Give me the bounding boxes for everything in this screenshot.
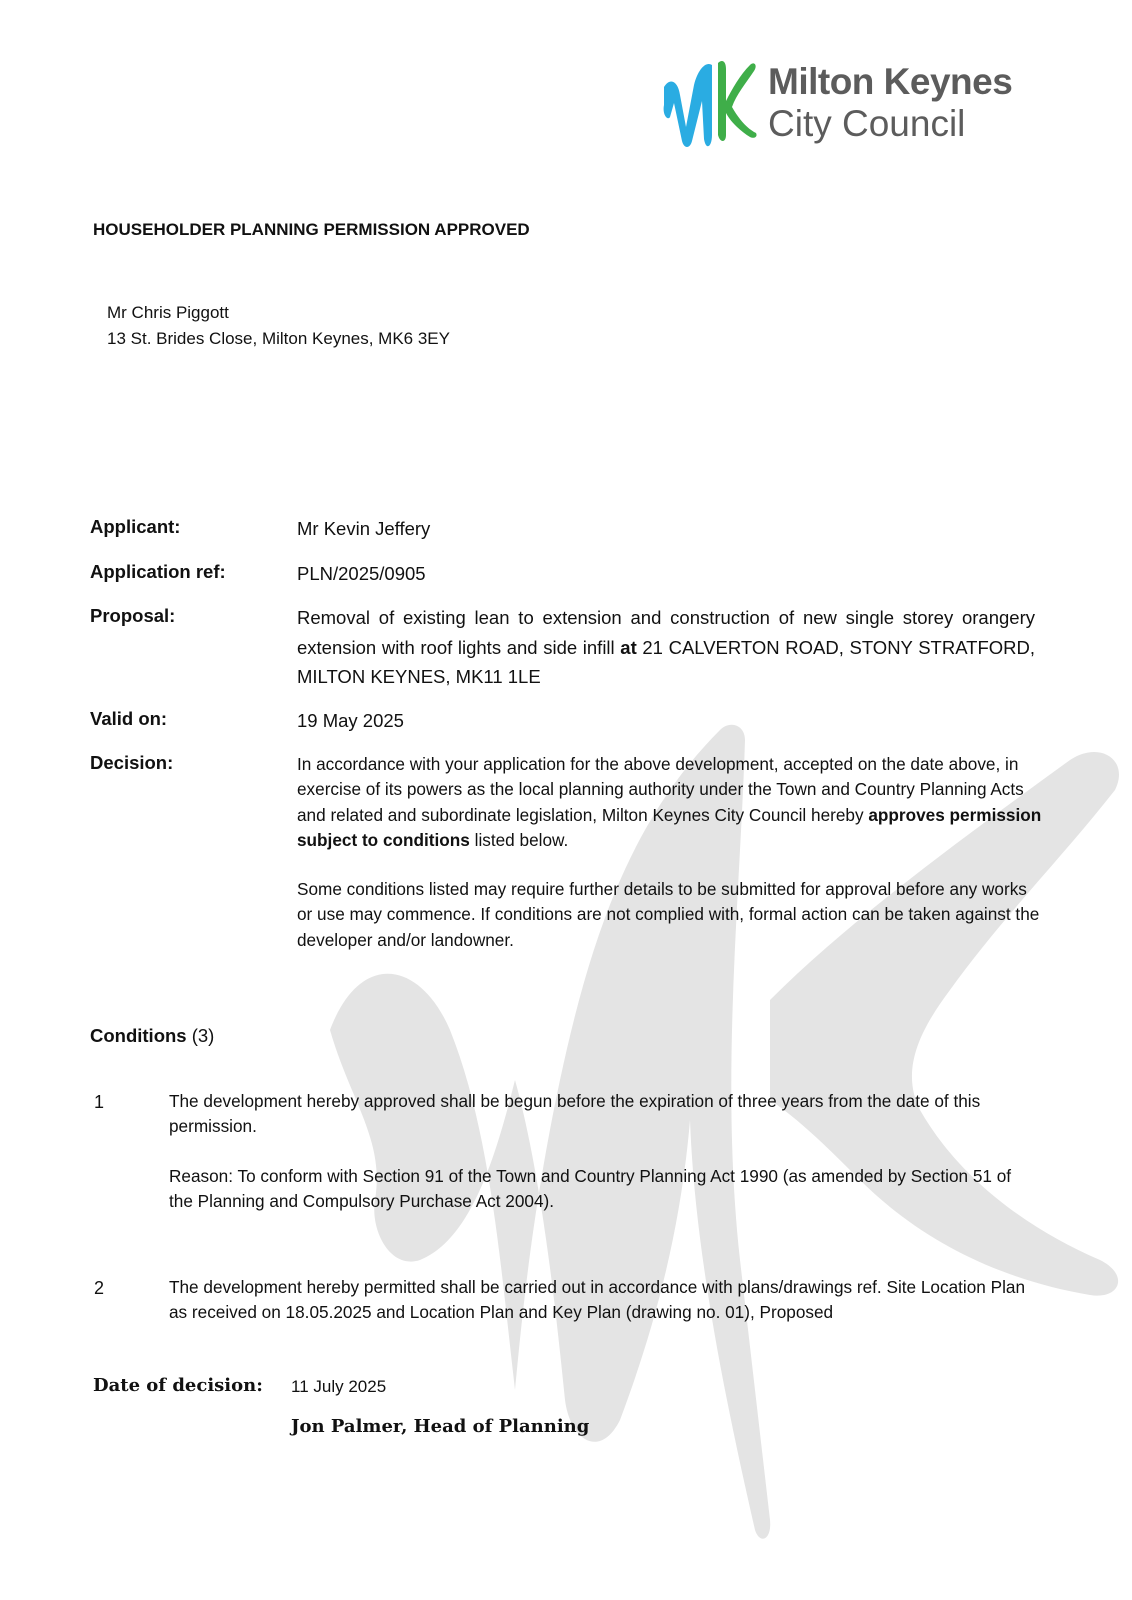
application-ref-value: PLN/2025/0905 xyxy=(297,559,1035,589)
condition-item: The development hereby approved shall be… xyxy=(169,1089,1039,1238)
conditions-heading-text: Conditions xyxy=(90,1025,187,1046)
addressee-address: 13 St. Brides Close, Milton Keynes, MK6 … xyxy=(107,326,450,352)
addressee-block: Mr Chris Piggott 13 St. Brides Close, Mi… xyxy=(107,300,450,352)
decision-paragraph-1: In accordance with your application for … xyxy=(297,752,1042,853)
valid-on-label: Valid on: xyxy=(90,708,167,730)
condition-number: 1 xyxy=(94,1092,104,1113)
proposal-value: Removal of existing lean to extension an… xyxy=(297,603,1035,692)
date-of-decision-label: Date of decision: xyxy=(93,1375,263,1396)
decision-text-post: listed below. xyxy=(470,830,568,850)
proposal-label: Proposal: xyxy=(90,605,175,627)
document-title: HOUSEHOLDER PLANNING PERMISSION APPROVED xyxy=(93,220,530,240)
addressee-name: Mr Chris Piggott xyxy=(107,300,450,326)
decision-label: Decision: xyxy=(90,752,173,774)
conditions-heading: Conditions (3) xyxy=(90,1025,214,1047)
applicant-value: Mr Kevin Jeffery xyxy=(297,514,1035,544)
condition-number: 2 xyxy=(94,1278,104,1299)
condition-text: The development hereby approved shall be… xyxy=(169,1089,1039,1140)
conditions-count: (3) xyxy=(192,1025,215,1046)
applicant-label: Applicant: xyxy=(90,516,180,538)
logo-line-2: City Council xyxy=(768,103,965,145)
signatory: Jon Palmer, Head of Planning xyxy=(291,1416,589,1437)
decision-paragraph-2: Some conditions listed may require furth… xyxy=(297,877,1042,953)
condition-item: The development hereby permitted shall b… xyxy=(169,1275,1039,1350)
valid-on-value: 19 May 2025 xyxy=(297,706,1035,736)
mk-logo-icon xyxy=(660,55,760,155)
proposal-bold: at xyxy=(620,637,636,658)
condition-reason: Reason: To conform with Section 91 of th… xyxy=(169,1164,1039,1215)
application-ref-label: Application ref: xyxy=(90,561,226,583)
condition-text: The development hereby permitted shall b… xyxy=(169,1275,1039,1326)
council-logo: Milton Keynes City Council xyxy=(660,55,1060,155)
date-of-decision-value: 11 July 2025 xyxy=(291,1377,386,1397)
decision-text: In accordance with your application for … xyxy=(297,752,1042,977)
logo-line-1: Milton Keynes xyxy=(768,61,1012,103)
